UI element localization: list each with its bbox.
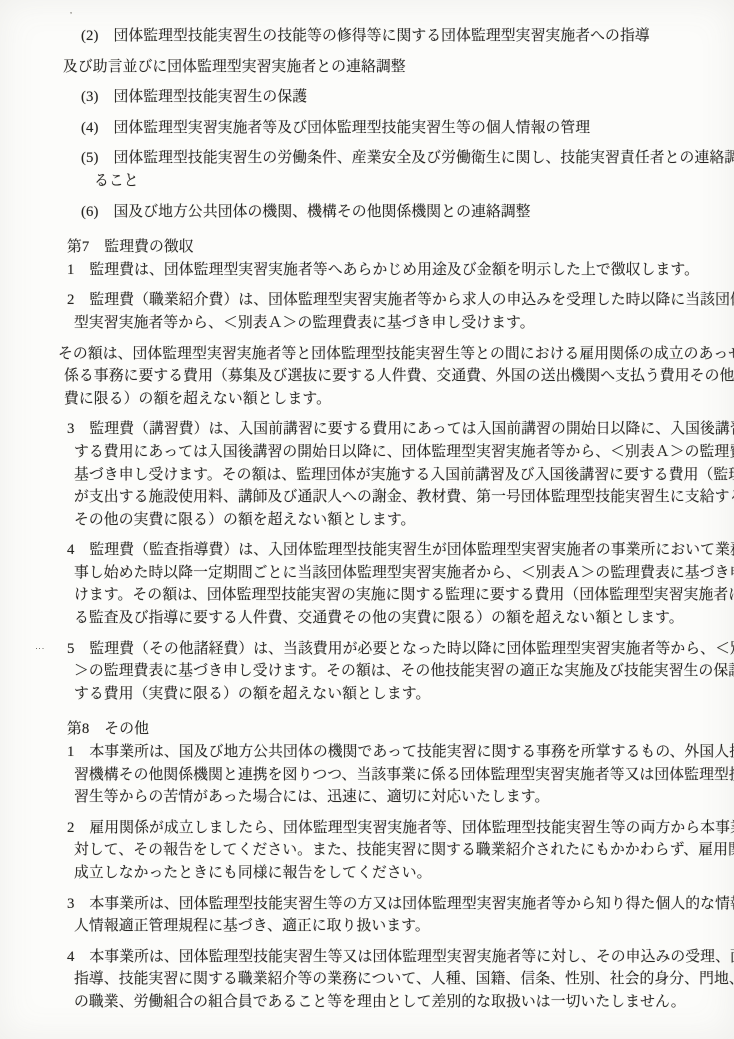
text-line: 第8 その他 bbox=[0, 718, 734, 741]
list-item-continuation: 及び助言並びに団体監理型実習実施者との連絡調整 bbox=[0, 56, 734, 79]
text-line: の職業、労働組合の組合員であること等を理由として差別的な取扱いは一切いたしません… bbox=[0, 991, 734, 1014]
text-line: 成立しなかったときにも同様に報告をしてください。 bbox=[0, 862, 734, 885]
list-item: (3) 団体監理型技能実習生の保護 bbox=[0, 86, 734, 109]
numbered-paragraph: 1 監理費は、団体監理型実習実施者等へあらかじめ用途及び金額を明示した上で徴収し… bbox=[0, 259, 734, 282]
list-item: (5) 団体監理型技能実習生の労働条件、産業安全及び労働衛生に関し、技能実習責任… bbox=[0, 147, 734, 192]
text-line: る監査及び指導に要する人件費、交通費その他の実費に限る）の額を超えない額とします… bbox=[0, 607, 734, 630]
numbered-paragraph: 4 監理費（監査指導費）は、入団体監理型技能実習生が団体監理型実習実施者の事業所… bbox=[0, 539, 734, 629]
list-item: (2) 団体監理型技能実習生の技能等の修得等に関する団体監理型実習実施者への指導 bbox=[0, 25, 734, 48]
text-line: 事し始めた時以降一定期間ごとに当該団体監理型実習実施者から、＜別表Ａ＞の監理費表… bbox=[0, 562, 734, 585]
text-line: 対して、その報告をしてください。また、技能実習に関する職業紹介されたにもかかわら… bbox=[0, 839, 734, 862]
section-heading: 第8 その他 bbox=[0, 718, 734, 741]
text-line: (3) 団体監理型技能実習生の保護 bbox=[0, 86, 734, 109]
text-line: 2 雇用関係が成立しましたら、団体監理型実習実施者等、団体監理型技能実習生等の両… bbox=[0, 817, 734, 840]
document-page: ᾽ ⋮ (2) 団体監理型技能実習生の技能等の修得等に関する団体監理型実習実施者… bbox=[0, 0, 734, 1039]
text-line: (2) 団体監理型技能実習生の技能等の修得等に関する団体監理型実習実施者への指導 bbox=[0, 25, 734, 48]
text-line: 型実習実施者等から、＜別表Ａ＞の監理費表に基づき申し受けます。 bbox=[0, 312, 734, 335]
numbered-paragraph: 5 監理費（その他諸経費）は、当該費用が必要となった時以降に団体監理型実習実施者… bbox=[0, 638, 734, 706]
text-line: が支出する施設使用料、講師及び通訳人への謝金、教材費、第一号団体監理型技能実習生… bbox=[0, 486, 734, 509]
paragraph: その額は、団体監理型実習実施者等と団体監理型技能実習生等との間における雇用関係の… bbox=[0, 343, 734, 411]
text-line: 指導、技能実習に関する職業紹介等の業務について、人種、国籍、信条、性別、社会的身… bbox=[0, 968, 734, 991]
numbered-paragraph: 1 本事業所は、国及び地方公共団体の機関であって技能実習に関する事務を所掌するも… bbox=[0, 741, 734, 809]
text-line: その額は、団体監理型実習実施者等と団体監理型技能実習生等との間における雇用関係の… bbox=[0, 343, 734, 366]
text-line: (5) 団体監理型技能実習生の労働条件、産業安全及び労働衛生に関し、技能実習責任… bbox=[0, 147, 734, 170]
text-line: 第7 監理費の徴収 bbox=[0, 236, 734, 259]
text-line: 習生等からの苦情があった場合には、迅速に、適切に対応いたします。 bbox=[0, 786, 734, 809]
text-line: 1 本事業所は、国及び地方公共団体の機関であって技能実習に関する事務を所掌するも… bbox=[0, 741, 734, 764]
text-line: 3 本事業所は、団体監理型技能実習生等の方又は団体監理型実習実施者等から知り得た… bbox=[0, 893, 734, 916]
text-line: 費に限る）の額を超えない額とします。 bbox=[0, 388, 734, 411]
text-line: ＞の監理費表に基づき申し受けます。その額は、その他技能実習の適正な実施及び技能実… bbox=[0, 660, 734, 683]
text-line: 係る事務に要する費用（募集及び選抜に要する人件費、交通費、外国の送出機関へ支払う… bbox=[0, 365, 734, 388]
section-heading: 第7 監理費の徴収 bbox=[0, 236, 734, 259]
text-line: (6) 国及び地方公共団体の機関、機構その他関係機関との連絡調整 bbox=[0, 201, 734, 224]
text-line: 4 本事業所は、団体監理型技能実習生等又は団体監理型実習実施者等に対し、その申込… bbox=[0, 946, 734, 969]
numbered-paragraph: 3 監理費（講習費）は、入国前講習に要する費用にあっては入国前講習の開始日以降に… bbox=[0, 418, 734, 531]
numbered-paragraph: 2 雇用関係が成立しましたら、団体監理型実習実施者等、団体監理型技能実習生等の両… bbox=[0, 817, 734, 885]
text-line: 及び助言並びに団体監理型実習実施者との連絡調整 bbox=[0, 56, 734, 79]
text-line: 1 監理費は、団体監理型実習実施者等へあらかじめ用途及び金額を明示した上で徴収し… bbox=[0, 259, 734, 282]
text-line: 2 監理費（職業紹介費）は、団体監理型実習実施者等から求人の申込みを受理した時以… bbox=[0, 289, 734, 312]
text-line: 基づき申し受けます。その額は、監理団体が実施する入国前講習及び入国後講習に要する… bbox=[0, 464, 734, 487]
text-line: 3 監理費（講習費）は、入国前講習に要する費用にあっては入国前講習の開始日以降に… bbox=[0, 418, 734, 441]
text-line: その他の実費に限る）の額を超えない額とします。 bbox=[0, 509, 734, 532]
text-line: (4) 団体監理型実習実施者等及び団体監理型技能実習生等の個人情報の管理 bbox=[0, 117, 734, 140]
list-item: (4) 団体監理型実習実施者等及び団体監理型技能実習生等の個人情報の管理 bbox=[0, 117, 734, 140]
numbered-paragraph: 4 本事業所は、団体監理型技能実習生等又は団体監理型実習実施者等に対し、その申込… bbox=[0, 946, 734, 1014]
document-content: (2) 団体監理型技能実習生の技能等の修得等に関する団体監理型実習実施者への指導… bbox=[0, 25, 734, 1014]
text-line: する費用にあっては入国後講習の開始日以降に、団体監理型実習実施者等から、＜別表Ａ… bbox=[0, 441, 734, 464]
text-line: 4 監理費（監査指導費）は、入団体監理型技能実習生が団体監理型実習実施者の事業所… bbox=[0, 539, 734, 562]
text-line: 習機構その他関係機関と連携を図りつつ、当該事業に係る団体監理型実習実施者等又は団… bbox=[0, 764, 734, 787]
text-line: する費用（実費に限る）の額を超えない額とします。 bbox=[0, 683, 734, 706]
text-line: 人情報適正管理規程に基づき、適正に取り扱います。 bbox=[0, 915, 734, 938]
list-item: (6) 国及び地方公共団体の機関、機構その他関係機関との連絡調整 bbox=[0, 201, 734, 224]
numbered-paragraph: 3 本事業所は、団体監理型技能実習生等の方又は団体監理型実習実施者等から知り得た… bbox=[0, 893, 734, 938]
numbered-paragraph: 2 監理費（職業紹介費）は、団体監理型実習実施者等から求人の申込みを受理した時以… bbox=[0, 289, 734, 334]
scan-speck-top-artifact: ᾽ bbox=[69, 11, 73, 21]
text-line: けます。その額は、団体監理型技能実習の実施に関する監理に要する費用（団体監理型実… bbox=[0, 584, 734, 607]
text-line: 5 監理費（その他諸経費）は、当該費用が必要となった時以降に団体監理型実習実施者… bbox=[0, 638, 734, 661]
text-line: ること bbox=[0, 170, 734, 193]
